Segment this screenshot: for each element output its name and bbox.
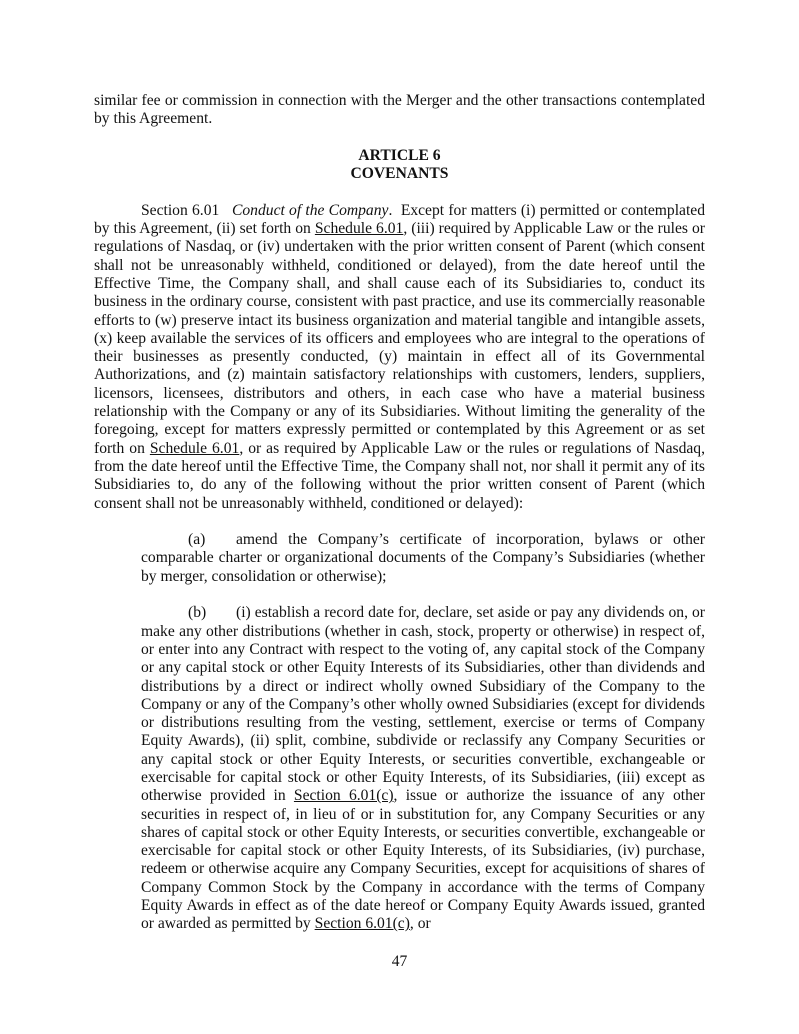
page-number: 47 bbox=[0, 953, 799, 971]
section-label: Section 6.01 bbox=[141, 202, 219, 219]
schedule-6-01-reference: Schedule 6.01 bbox=[150, 440, 239, 457]
item-text-1: (i) establish a record date for, declare… bbox=[141, 604, 705, 804]
item-text-2: , issue or authorize the issuance of any… bbox=[141, 787, 705, 932]
item-text-3: , or bbox=[410, 915, 431, 932]
article-number: ARTICLE 6 bbox=[94, 147, 705, 165]
carryover-paragraph: similar fee or commission in connection … bbox=[94, 92, 705, 129]
section-text-2: , (iii) required by Applicable Law or th… bbox=[94, 220, 705, 457]
item-a-paragraph: (a)amend the Company’s certificate of in… bbox=[141, 531, 705, 586]
item-b-paragraph: (b)(i) establish a record date for, decl… bbox=[141, 604, 705, 933]
item-label: (a) bbox=[188, 531, 236, 549]
article-title: COVENANTS bbox=[94, 165, 705, 183]
section-6-01c-reference: Section 6.01(c) bbox=[294, 787, 394, 804]
document-page: similar fee or commission in connection … bbox=[94, 92, 705, 934]
section-6-01c-reference: Section 6.01(c) bbox=[315, 915, 410, 932]
section-heading: Conduct of the Company bbox=[232, 202, 388, 219]
section-6-01-paragraph: Section 6.01 Conduct of the Company. Exc… bbox=[94, 202, 705, 513]
schedule-6-01-reference: Schedule 6.01 bbox=[315, 220, 403, 237]
item-label: (b) bbox=[188, 604, 236, 622]
